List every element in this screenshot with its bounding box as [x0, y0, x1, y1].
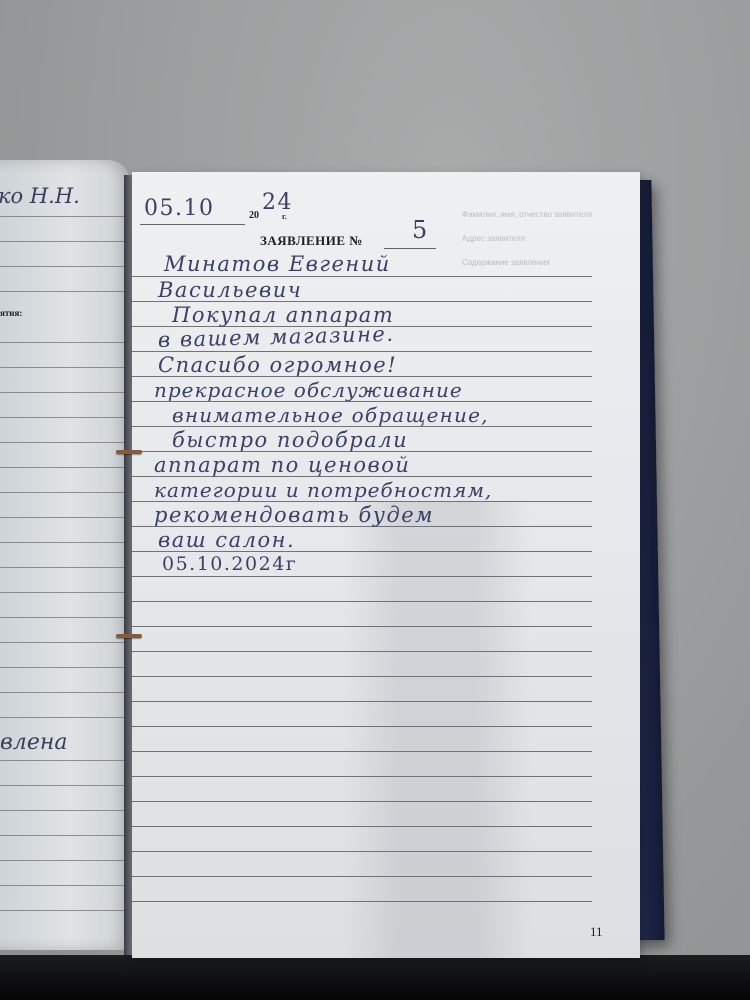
statement-number: 5 — [412, 216, 429, 244]
binding-staple — [116, 634, 142, 638]
table-edge-shadow — [0, 955, 750, 1000]
statement-line: быстро подобрали — [172, 428, 408, 452]
ghost-print-line: Содержание заявления — [462, 258, 550, 267]
right-page: Фамилия, имя, отчество заявителя Адрес з… — [132, 172, 640, 958]
page-number: 11 — [590, 924, 603, 940]
left-page-handwriting: влена — [0, 730, 67, 755]
statement-line: аппарат по ценовой — [154, 453, 410, 477]
left-page: ко Н.Н. ятия: влена — [0, 160, 130, 950]
statement-line: Васильевич — [158, 278, 302, 302]
left-page-printed-label: ятия: — [0, 308, 22, 318]
statement-line: прекрасное обслуживание — [154, 378, 463, 402]
ghost-print-line: Адрес заявителя — [462, 234, 525, 243]
statement-line: рекомендовать будем — [154, 503, 434, 527]
statement-line: Спасибо огромное! — [158, 353, 397, 377]
binding-staple — [116, 450, 142, 454]
statement-line: в вашем магазине. — [158, 322, 395, 352]
statement-year: 24 — [262, 190, 293, 215]
statement-line: Минатов Евгений — [164, 252, 391, 276]
ghost-print-line: Фамилия, имя, отчество заявителя — [462, 210, 592, 219]
statement-line: ваш салон. — [158, 528, 295, 552]
statement-date: 05.10 — [144, 196, 214, 221]
statement-line: внимательное обращение, — [172, 403, 489, 427]
statement-title: ЗАЯВЛЕНИЕ № — [260, 233, 363, 249]
year-prefix: 20 — [249, 210, 259, 221]
statement-signature-date: 05.10.2024г — [162, 553, 297, 575]
statement-line: категории и потребностям, — [154, 478, 492, 502]
left-page-initials: ко Н.Н. — [0, 184, 80, 208]
year-suffix: г. — [282, 212, 287, 221]
